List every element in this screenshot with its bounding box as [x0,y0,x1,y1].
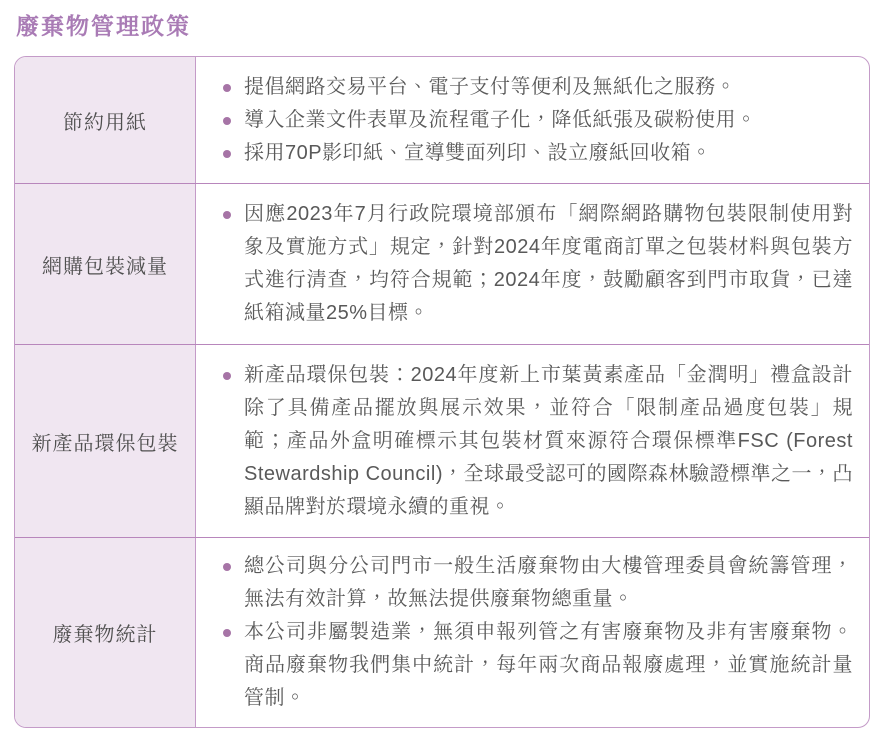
table-row-waste-statistics: 廢棄物統計 總公司與分公司門市一般生活廢棄物由大樓管理委員會統籌管理，無法有效計… [15,537,869,727]
row-label-paper-saving: 節約用紙 [15,57,196,183]
row-content-waste-statistics: 總公司與分公司門市一般生活廢棄物由大樓管理委員會統籌管理，無法有效計算，故無法提… [196,538,869,727]
bullet-list: 提倡網路交易平台、電子支付等便利及無紙化之服務。 導入企業文件表單及流程電子化，… [214,71,853,170]
row-content-packaging-reduction: 因應2023年7月行政院環境部頒布「網際網路購物包裝限制使用對象及實施方式」規定… [196,184,869,344]
row-label-packaging-reduction: 網購包裝減量 [15,184,196,344]
row-content-eco-packaging: 新產品環保包裝：2024年度新上市葉黃素產品「金潤明」禮盒設計除了具備產品擺放與… [196,345,869,537]
page-title: 廢棄物管理政策 [16,12,870,40]
row-label-waste-statistics: 廢棄物統計 [15,538,196,727]
bullet-item: 導入企業文件表單及流程電子化，降低紙張及碳粉使用。 [214,104,853,137]
bullet-item: 總公司與分公司門市一般生活廢棄物由大樓管理委員會統籌管理，無法有效計算，故無法提… [214,550,853,616]
bullet-item: 新產品環保包裝：2024年度新上市葉黃素產品「金潤明」禮盒設計除了具備產品擺放與… [214,359,853,524]
bullet-list: 總公司與分公司門市一般生活廢棄物由大樓管理委員會統籌管理，無法有效計算，故無法提… [214,550,853,715]
bullet-item: 採用70P影印紙、宣導雙面列印、設立廢紙回收箱。 [214,137,853,170]
policy-table: 節約用紙 提倡網路交易平台、電子支付等便利及無紙化之服務。 導入企業文件表單及流… [14,56,870,728]
waste-management-policy-page: 廢棄物管理政策 節約用紙 提倡網路交易平台、電子支付等便利及無紙化之服務。 導入… [0,0,884,743]
bullet-item: 因應2023年7月行政院環境部頒布「網際網路購物包裝限制使用對象及實施方式」規定… [214,198,853,330]
bullet-item: 提倡網路交易平台、電子支付等便利及無紙化之服務。 [214,71,853,104]
row-label-eco-packaging: 新產品環保包裝 [15,345,196,537]
table-row-packaging-reduction: 網購包裝減量 因應2023年7月行政院環境部頒布「網際網路購物包裝限制使用對象及… [15,183,869,344]
table-row-paper-saving: 節約用紙 提倡網路交易平台、電子支付等便利及無紙化之服務。 導入企業文件表單及流… [15,57,869,183]
bullet-list: 因應2023年7月行政院環境部頒布「網際網路購物包裝限制使用對象及實施方式」規定… [214,198,853,330]
row-content-paper-saving: 提倡網路交易平台、電子支付等便利及無紙化之服務。 導入企業文件表單及流程電子化，… [196,57,869,183]
table-row-eco-packaging: 新產品環保包裝 新產品環保包裝：2024年度新上市葉黃素產品「金潤明」禮盒設計除… [15,344,869,537]
bullet-item: 本公司非屬製造業，無須申報列管之有害廢棄物及非有害廢棄物。商品廢棄物我們集中統計… [214,616,853,715]
bullet-list: 新產品環保包裝：2024年度新上市葉黃素產品「金潤明」禮盒設計除了具備產品擺放與… [214,359,853,524]
